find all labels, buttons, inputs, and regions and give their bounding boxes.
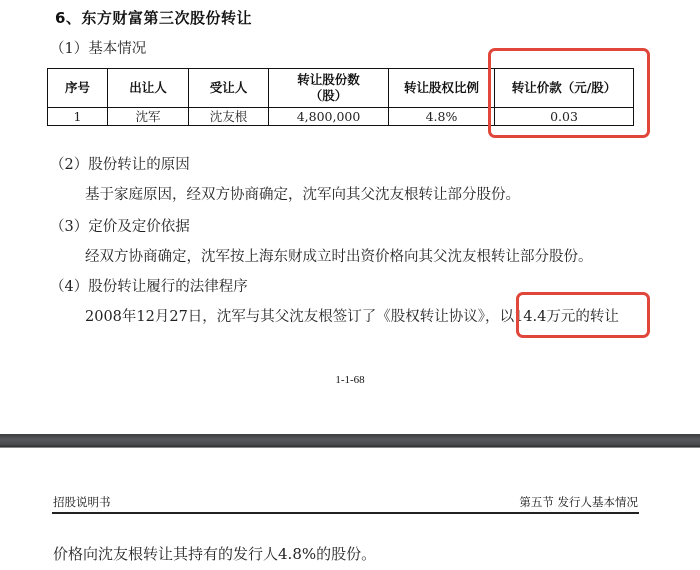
header-doc-name: 招股说明书 — [53, 494, 111, 510]
highlight-box-price — [488, 48, 650, 138]
header-transferor: 出让人 — [108, 69, 189, 108]
subsection-legal-procedure: （4）股份转让履行的法律程序 — [50, 275, 248, 296]
cell-seq: 1 — [48, 108, 108, 126]
header-section-name: 第五节 发行人基本情况 — [519, 494, 638, 510]
header-shares: 转让股份数 （股） — [269, 69, 389, 108]
pricing-text: 经双方协商确定，沈军按上海东财成立时出资价格向其父沈友根转让部分股份。 — [85, 245, 593, 266]
header-transferee: 受让人 — [189, 69, 269, 108]
subsection-pricing: （3）定价及定价依据 — [50, 215, 190, 236]
continued-text: 价格向沈友根转让其持有的发行人4.8%的股份。 — [53, 543, 376, 564]
page-separator — [0, 434, 700, 448]
header-seq: 序号 — [48, 69, 108, 108]
highlight-box-amount — [516, 292, 650, 338]
page-number: 1-1-68 — [0, 374, 700, 386]
header-ratio: 转让股权比例 — [389, 69, 495, 108]
legal-procedure-text-a: 2008年12月27日，沈军与其父沈友根签订了《股权转让协议》， — [85, 309, 500, 325]
cell-transferor: 沈军 — [108, 108, 189, 126]
header-shares-line2: （股） — [269, 88, 388, 104]
cell-transferee: 沈友根 — [189, 108, 269, 126]
subsection-basic-info: （1）基本情况 — [50, 37, 146, 58]
header-rule — [52, 512, 639, 514]
cell-shares: 4,800,000 — [269, 108, 389, 126]
subsection-reason: （2）股份转让的原因 — [50, 153, 190, 174]
header-shares-line1: 转让股份数 — [269, 72, 388, 88]
cell-ratio: 4.8% — [389, 108, 495, 126]
reason-text: 基于家庭原因，经双方协商确定，沈军向其父沈友根转让部分股份。 — [85, 183, 520, 204]
section-title: 6、东方财富第三次股份转让 — [55, 7, 252, 28]
